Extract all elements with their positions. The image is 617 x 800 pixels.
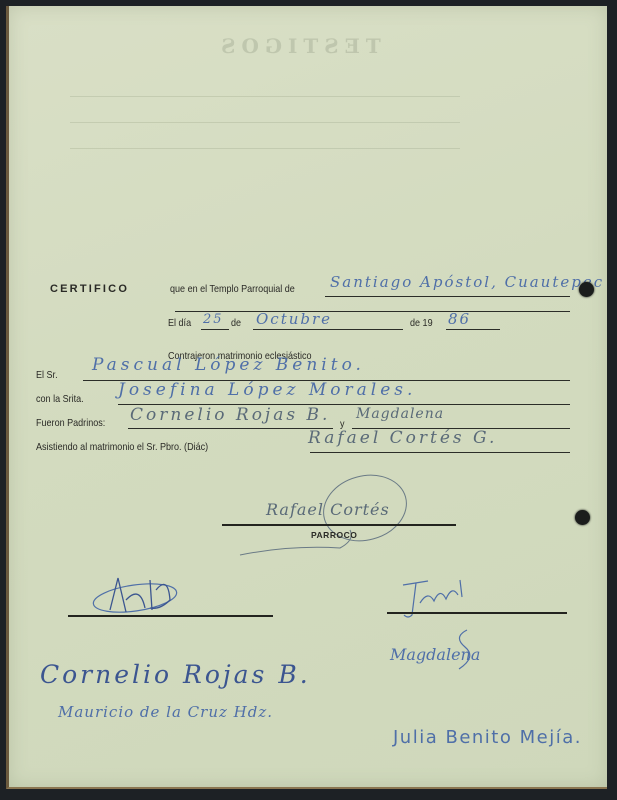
witness-line-right [387,612,567,614]
parroco-signature-text: Rafael Cortés [266,500,390,519]
parroco-line [222,524,456,526]
bleed-through-line [70,148,460,149]
parroco-signature [230,470,450,570]
witness-magdalena: Magdalena [390,645,480,664]
day-line [201,329,229,330]
day-label: El día [168,317,191,329]
priest-label: Asistiendo al matrimonio el Sr. Pbro. (D… [36,441,208,453]
bleed-through-line [70,122,460,123]
month-value: Octubre [256,310,332,328]
witness-cornelio: Cornelio Rojas B. [40,660,311,689]
witness-signature-right [398,575,478,625]
bride-value: Josefina López Morales. [118,380,416,400]
month-line [253,329,403,330]
temple-label: que en el Templo Parroquial de [170,283,295,295]
witness-line-left [68,615,273,617]
month-label: de [231,317,241,329]
priest-line [310,452,570,453]
groom-value: Pascual López Benito. [92,355,365,375]
temple-line [325,296,570,297]
godparent1-value: Cornelio Rojas B. [130,405,330,425]
temple-line-2 [175,311,570,312]
witness-mauricio: Mauricio de la Cruz Hdz. [58,703,273,721]
certifico-heading: CERTIFICO [50,283,129,295]
parroco-label: PARROCO [311,530,357,540]
year-value: 86 [448,310,471,328]
year-line [446,329,500,330]
temple-value: Santiago Apóstol, Cuautepec [330,273,604,291]
godparent2-value: Magdalena [356,406,444,422]
bride-label: con la Srita. [36,393,84,405]
witness-signature-left [90,570,190,630]
year-label: de 19 [410,317,433,329]
bleed-through-title: TESTIGOS [215,34,381,58]
groom-label: El Sr. [36,369,58,381]
godparents-label: Fueron Padrinos: [36,417,105,429]
bleed-through-line [70,96,460,97]
godparent1-line [128,428,333,429]
witness-julia: Julia Benito Mejía. [393,727,582,748]
day-value: 25 [203,312,224,327]
punch-hole [579,282,594,297]
punch-hole [575,510,590,525]
priest-value: Rafael Cortés G. [308,428,497,448]
